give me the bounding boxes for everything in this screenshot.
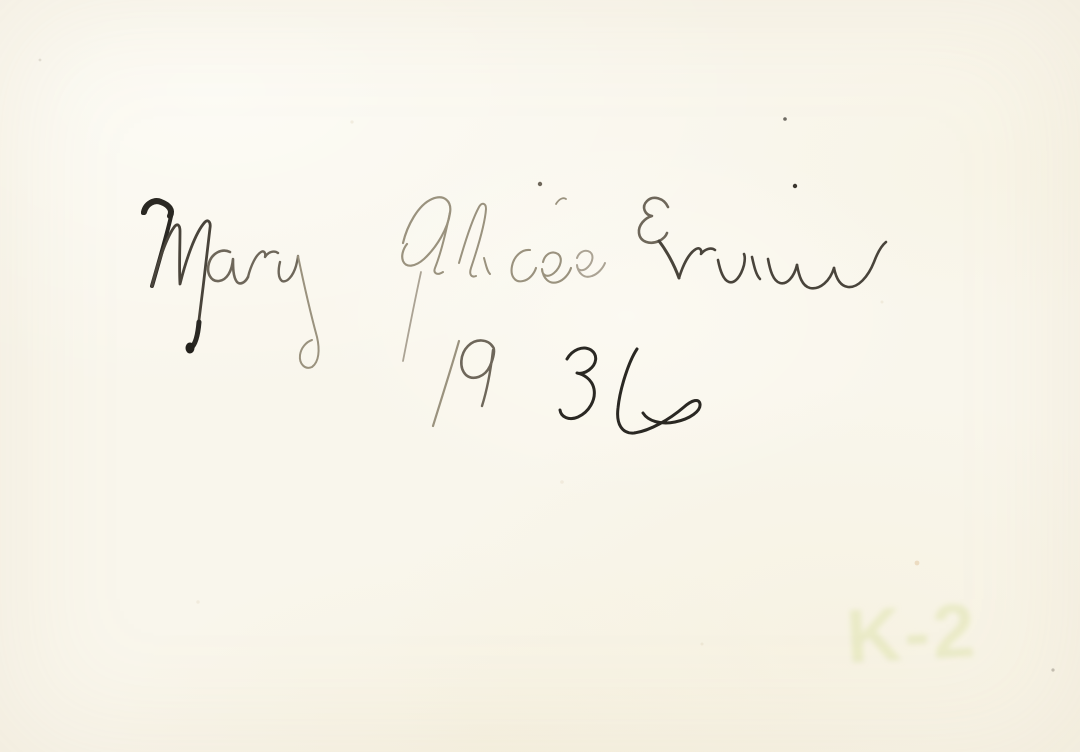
- ink-stroke: [152, 221, 210, 336]
- ink-stroke: [298, 256, 319, 368]
- handwritten-year: 1936: [433, 340, 700, 433]
- ink-stroke: [403, 272, 421, 361]
- ink-stroke: [577, 251, 605, 277]
- ink-blot: [186, 343, 195, 354]
- ink-stroke: [834, 242, 886, 287]
- ink-stroke: [208, 251, 248, 284]
- speck: [196, 600, 199, 603]
- speck: [915, 561, 920, 566]
- i-dot: [538, 182, 542, 186]
- speck: [701, 643, 704, 646]
- stamp-text: K-2: [844, 588, 980, 680]
- ink-stroke: [639, 198, 668, 243]
- stamp-k2: K-2: [844, 588, 980, 680]
- ink-stroke: [482, 350, 493, 406]
- ink-stroke: [402, 197, 450, 265]
- ink-stroke: [279, 256, 298, 281]
- speck: [1051, 668, 1054, 671]
- speck: [783, 117, 787, 121]
- ink-stroke: [797, 265, 834, 288]
- speck: [881, 301, 884, 304]
- ink-stroke: [718, 254, 745, 282]
- speck: [39, 59, 42, 62]
- handwritten-name: Mary Alice Ervin: [143, 182, 886, 368]
- ink-stroke: [752, 257, 760, 279]
- speck: [560, 480, 564, 484]
- ink-stroke: [459, 204, 486, 277]
- ink-stroke: [618, 349, 700, 433]
- ink-stroke: [768, 259, 797, 283]
- paper-specks: [39, 59, 1055, 672]
- ink-stroke: [433, 341, 459, 426]
- ink-stroke: [679, 248, 715, 278]
- ink-stroke: [484, 258, 490, 274]
- speck: [350, 120, 353, 123]
- ink-stroke: [512, 250, 536, 281]
- handwriting-svg: K-2 Mary Alice Ervin: [0, 0, 1080, 752]
- i-dot: [793, 184, 797, 188]
- ink-stroke: [560, 348, 596, 419]
- ink-stroke: [542, 252, 571, 282]
- ink-stroke: [556, 198, 566, 204]
- ink-stroke: [659, 241, 679, 278]
- paper-scan: K-2 Mary Alice Ervin: [0, 0, 1080, 752]
- ink-stroke: [248, 251, 278, 277]
